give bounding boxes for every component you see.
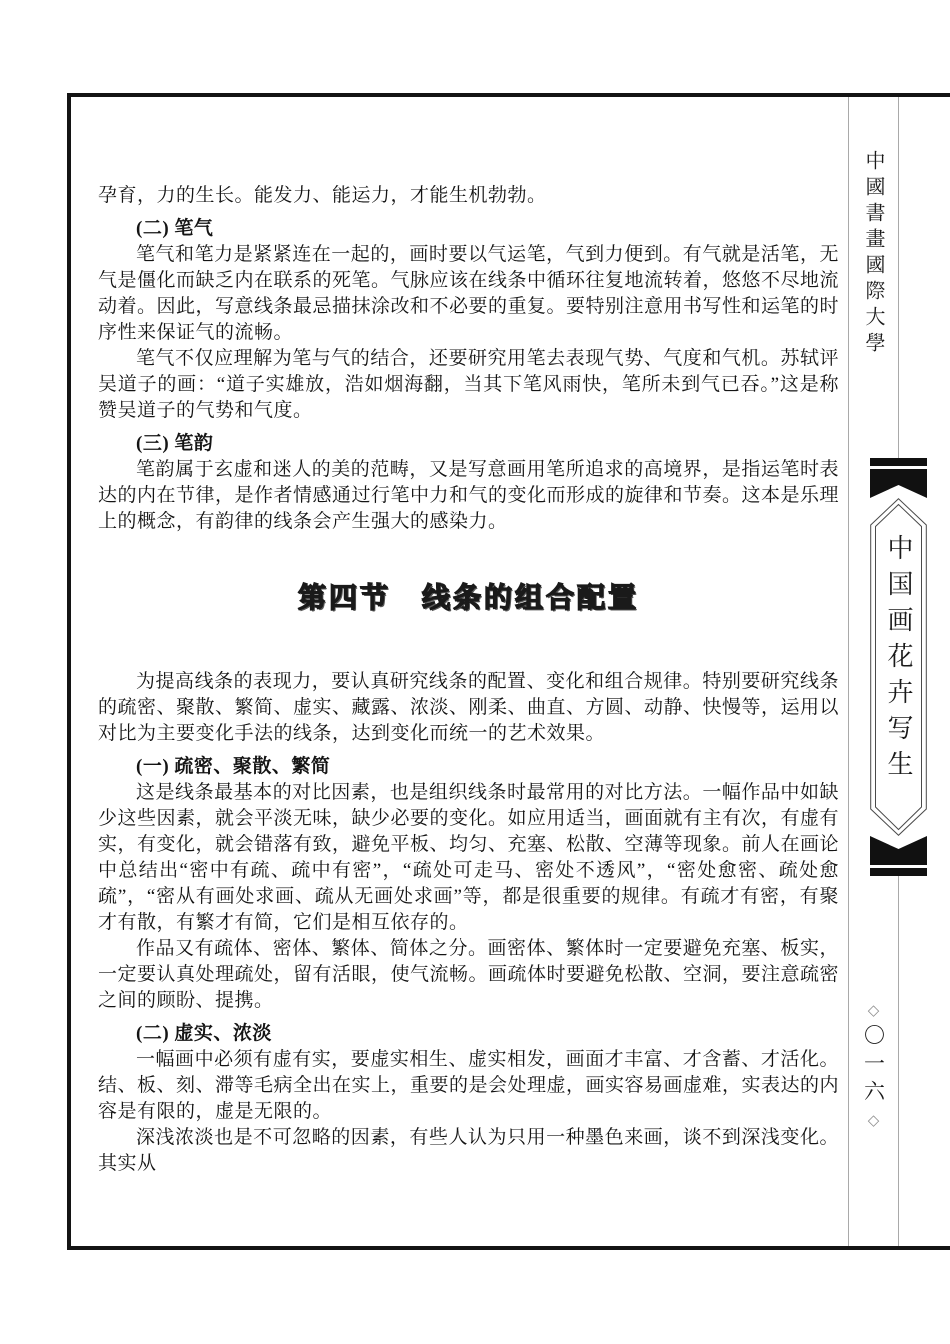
page-number-digits: 〇一六	[859, 1024, 889, 1108]
paragraph: 深浅浓淡也是不可忽略的因素，有些人认为只用一种墨色来画，谈不到深浅变化。其实从	[98, 1125, 839, 1177]
subheading-shumi: (一) 疏密、聚散、繁简	[98, 754, 839, 780]
paragraph: 这是线条最基本的对比因素，也是组织线条时最常用的对比方法。一幅作品中如缺少这些因…	[98, 780, 839, 936]
subheading-xushi: (二) 虚实、浓淡	[98, 1021, 839, 1047]
banner-title: 中国画花卉写生	[870, 534, 927, 791]
page-number: ◇ 〇一六 ◇	[848, 1002, 899, 1130]
sidebar-university-title: 中國書畫國際大學	[848, 150, 899, 363]
banner-hexagon: 中国画花卉写生	[870, 498, 927, 836]
subheading-biyun: (三) 笔韵	[98, 431, 839, 457]
paragraph: 笔气和笔力是紧紧连在一起的，画时要以气运笔，气到力便到。有气就是活笔，无气是僵化…	[98, 242, 839, 346]
banner-top-bar	[870, 458, 927, 466]
paragraph: 笔韵属于玄虚和迷人的美的范畴，又是写意画用笔所追求的高境界，是指运笔时表达的内在…	[98, 457, 839, 535]
diamond-ornament-icon: ◇	[868, 1002, 880, 1020]
diamond-ornament-icon: ◇	[868, 1112, 880, 1130]
paragraph-continuation: 孕育，力的生长。能发力、能运力，才能生机勃勃。	[98, 183, 839, 209]
banner-title-text: 中国画花卉写生	[880, 534, 917, 786]
banner-bottom-bar	[870, 868, 927, 876]
section-title: 第四节 线条的组合配置	[98, 579, 839, 619]
paragraph: 作品又有疏体、密体、繁体、简体之分。画密体、繁体时一定要避免充塞、板实，一定要认…	[98, 936, 839, 1014]
subheading-biqi: (二) 笔气	[98, 216, 839, 242]
banner-bottom-ribbon	[870, 836, 927, 865]
paragraph: 笔气不仅应理解为笔与气的结合，还要研究用笔去表现气势、气度和气机。苏轼评吴道子的…	[98, 346, 839, 424]
banner-top-ribbon	[870, 469, 927, 498]
university-title-text: 中國書畫國際大學	[859, 150, 888, 358]
paragraph: 一幅画中必须有虚有实，要虚实相生、虚实相发，画面才丰富、才含蓄、才活化。结、板、…	[98, 1047, 839, 1125]
main-text-column: 孕育，力的生长。能发力、能运力，才能生机勃勃。 (二) 笔气 笔气和笔力是紧紧连…	[98, 183, 839, 1177]
book-title-banner: 中国画花卉写生	[870, 458, 927, 876]
paragraph: 为提高线条的表现力，要认真研究线条的配置、变化和组合规律。特别要研究线条的疏密、…	[98, 669, 839, 747]
